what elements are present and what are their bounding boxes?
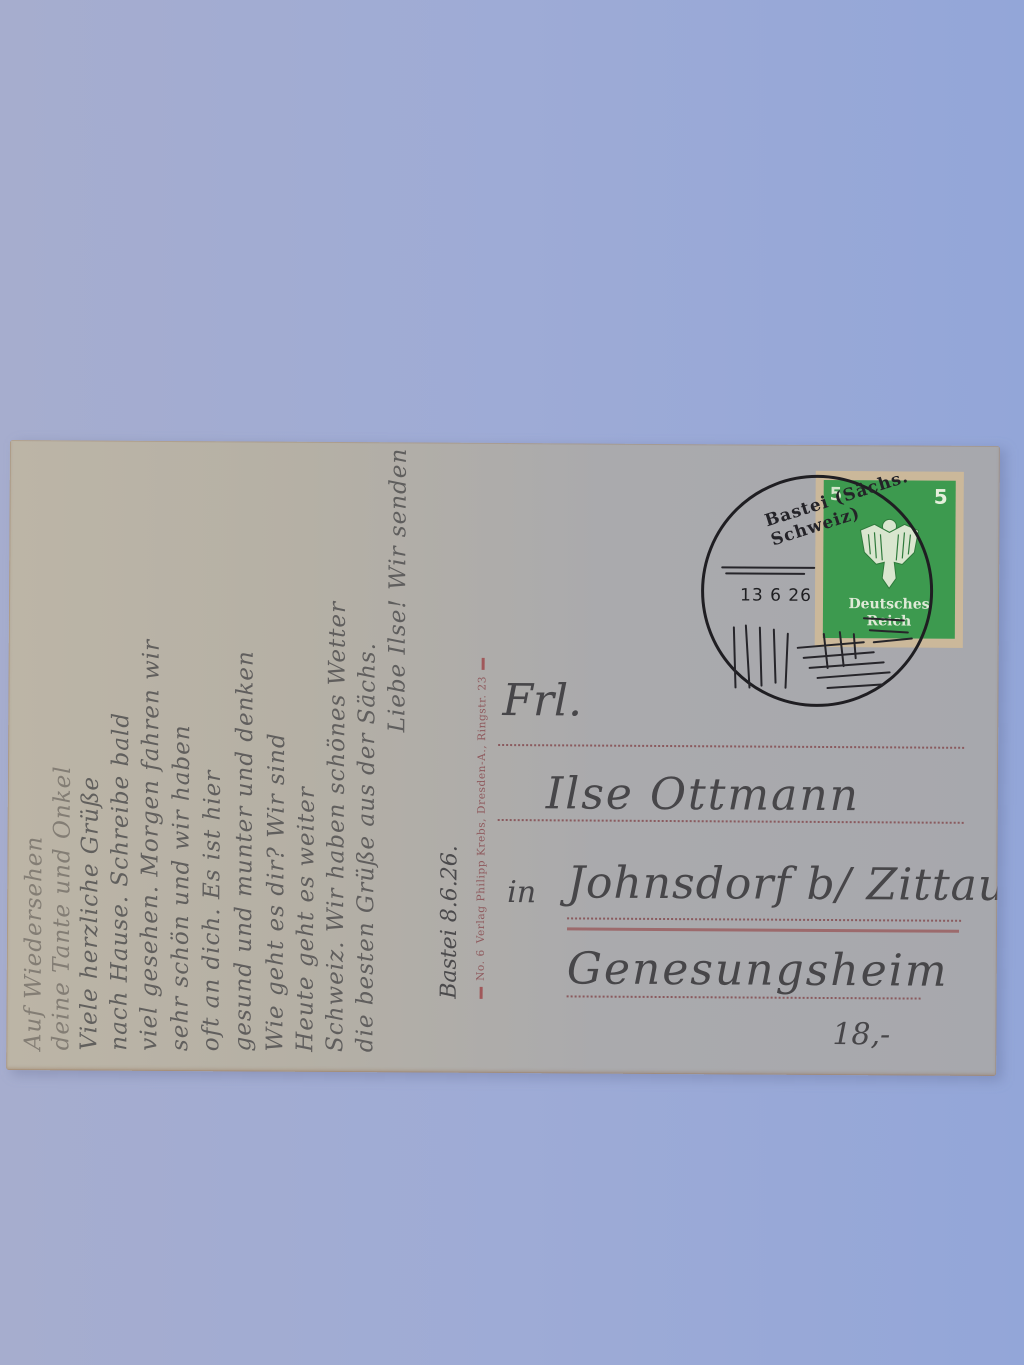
message-line: Heute geht es weiter <box>292 786 320 1052</box>
address-name: Ilse Ottmann <box>546 768 860 821</box>
handwritten-message: Auf Wiedersehen deine Tante und Onkel Vi… <box>18 448 434 1063</box>
imprint-publisher: Verlag Philipp Krebs, Dresden-A., Ringst… <box>475 676 489 943</box>
postmark-date: 13 6 26 <box>740 585 812 605</box>
address-line-1 <box>498 744 964 749</box>
message-line: gesund und munter und denken <box>230 650 258 1051</box>
imprint-number: No. 6 <box>475 949 487 981</box>
address-location: Genesungsheim <box>567 943 949 996</box>
message-line: Viele herzliche Grüße <box>76 776 104 1051</box>
imprint-bar-left <box>479 987 482 999</box>
message-dateline: Bastei 8.6.26. <box>437 845 463 999</box>
imprint-bar-right <box>481 658 484 670</box>
message-line: Schweiz. Wir haben schönes Wetter <box>322 601 351 1052</box>
message-line: nach Hause. Schreibe bald <box>106 712 134 1051</box>
publisher-imprint: No. 6 Verlag Philipp Krebs, Dresden-A., … <box>475 658 489 999</box>
message-line: sehr schön und wir haben <box>167 724 195 1051</box>
address-line-3 <box>567 917 961 921</box>
postmark: Bastei (Sächs. Schweiz) 13 6 26 <box>700 474 933 707</box>
address-note: 18,- <box>832 1017 890 1052</box>
message-line: oft an dich. Es ist hier <box>198 770 226 1052</box>
postcard: Auf Wiedersehen deine Tante und Onkel Vi… <box>6 440 1000 1076</box>
stamp-value: 5 <box>934 485 948 509</box>
rock-illustration-icon <box>713 537 924 698</box>
message-line: die besten Grüße aus der Sächs. <box>352 642 381 1052</box>
message-line: Auf Wiedersehen <box>20 836 47 1051</box>
message-line: deine Tante und Onkel <box>48 765 76 1050</box>
message-line: Liebe Ilse! Wir senden dir <box>384 440 412 732</box>
address-city-prefix: in <box>507 875 536 910</box>
address-underline <box>567 927 959 932</box>
message-line: viel gesehen. Morgen fahren wir <box>136 639 165 1051</box>
message-line: Wie geht es dir? Wir sind <box>262 732 290 1051</box>
address-city: Johnsdorf b/ Zittau <box>567 857 1000 911</box>
address-salutation: Frl. <box>502 675 582 726</box>
